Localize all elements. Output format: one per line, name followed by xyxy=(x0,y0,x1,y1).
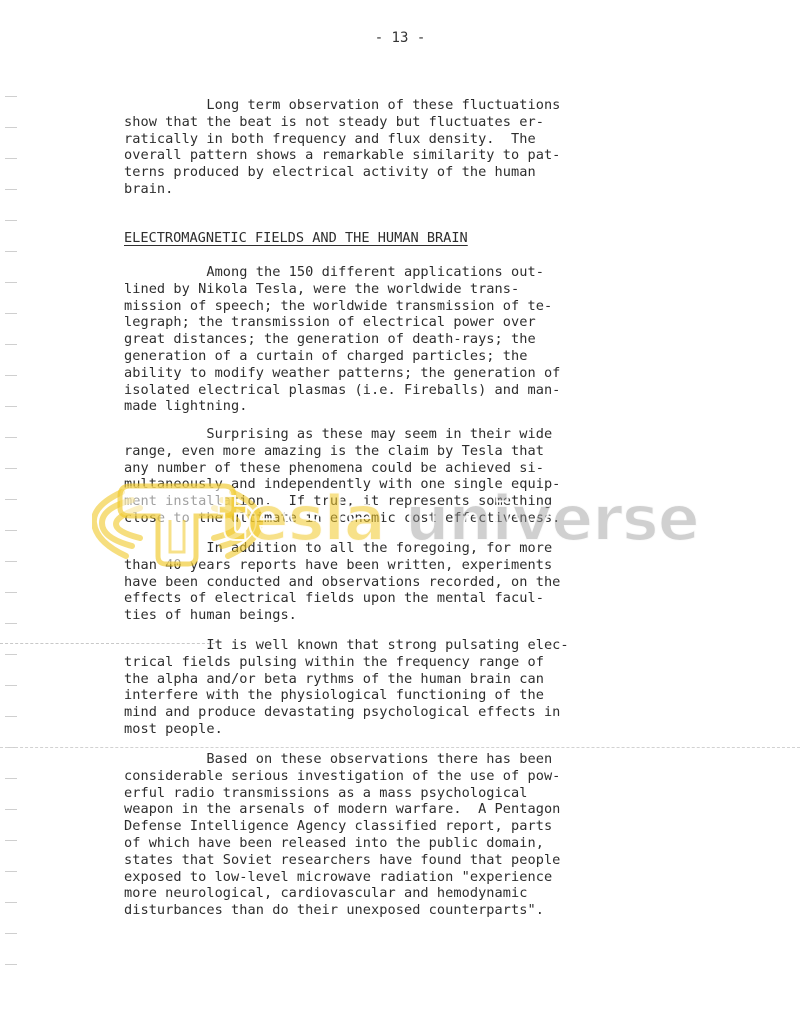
paragraph-pulsating-fields: It is well known that strong pulsating e… xyxy=(124,637,654,738)
paragraph-simultaneous-claim: Surprising as these may seem in their wi… xyxy=(124,426,654,527)
paragraph-tesla-applications: Among the 150 different applications out… xyxy=(124,264,654,415)
page-number: - 13 - xyxy=(0,30,800,46)
section-heading: ELECTROMAGNETIC FIELDS AND THE HUMAN BRA… xyxy=(124,230,468,247)
margin-ruling-ticks xyxy=(0,0,60,1035)
paragraph-forty-years-reports: In addition to all the foregoing, for mo… xyxy=(124,540,654,624)
paragraph-fluctuations: Long term observation of these fluctuati… xyxy=(124,97,654,198)
scan-artifact-line xyxy=(0,747,800,748)
paragraph-dia-report: Based on these observations there has be… xyxy=(124,751,654,919)
